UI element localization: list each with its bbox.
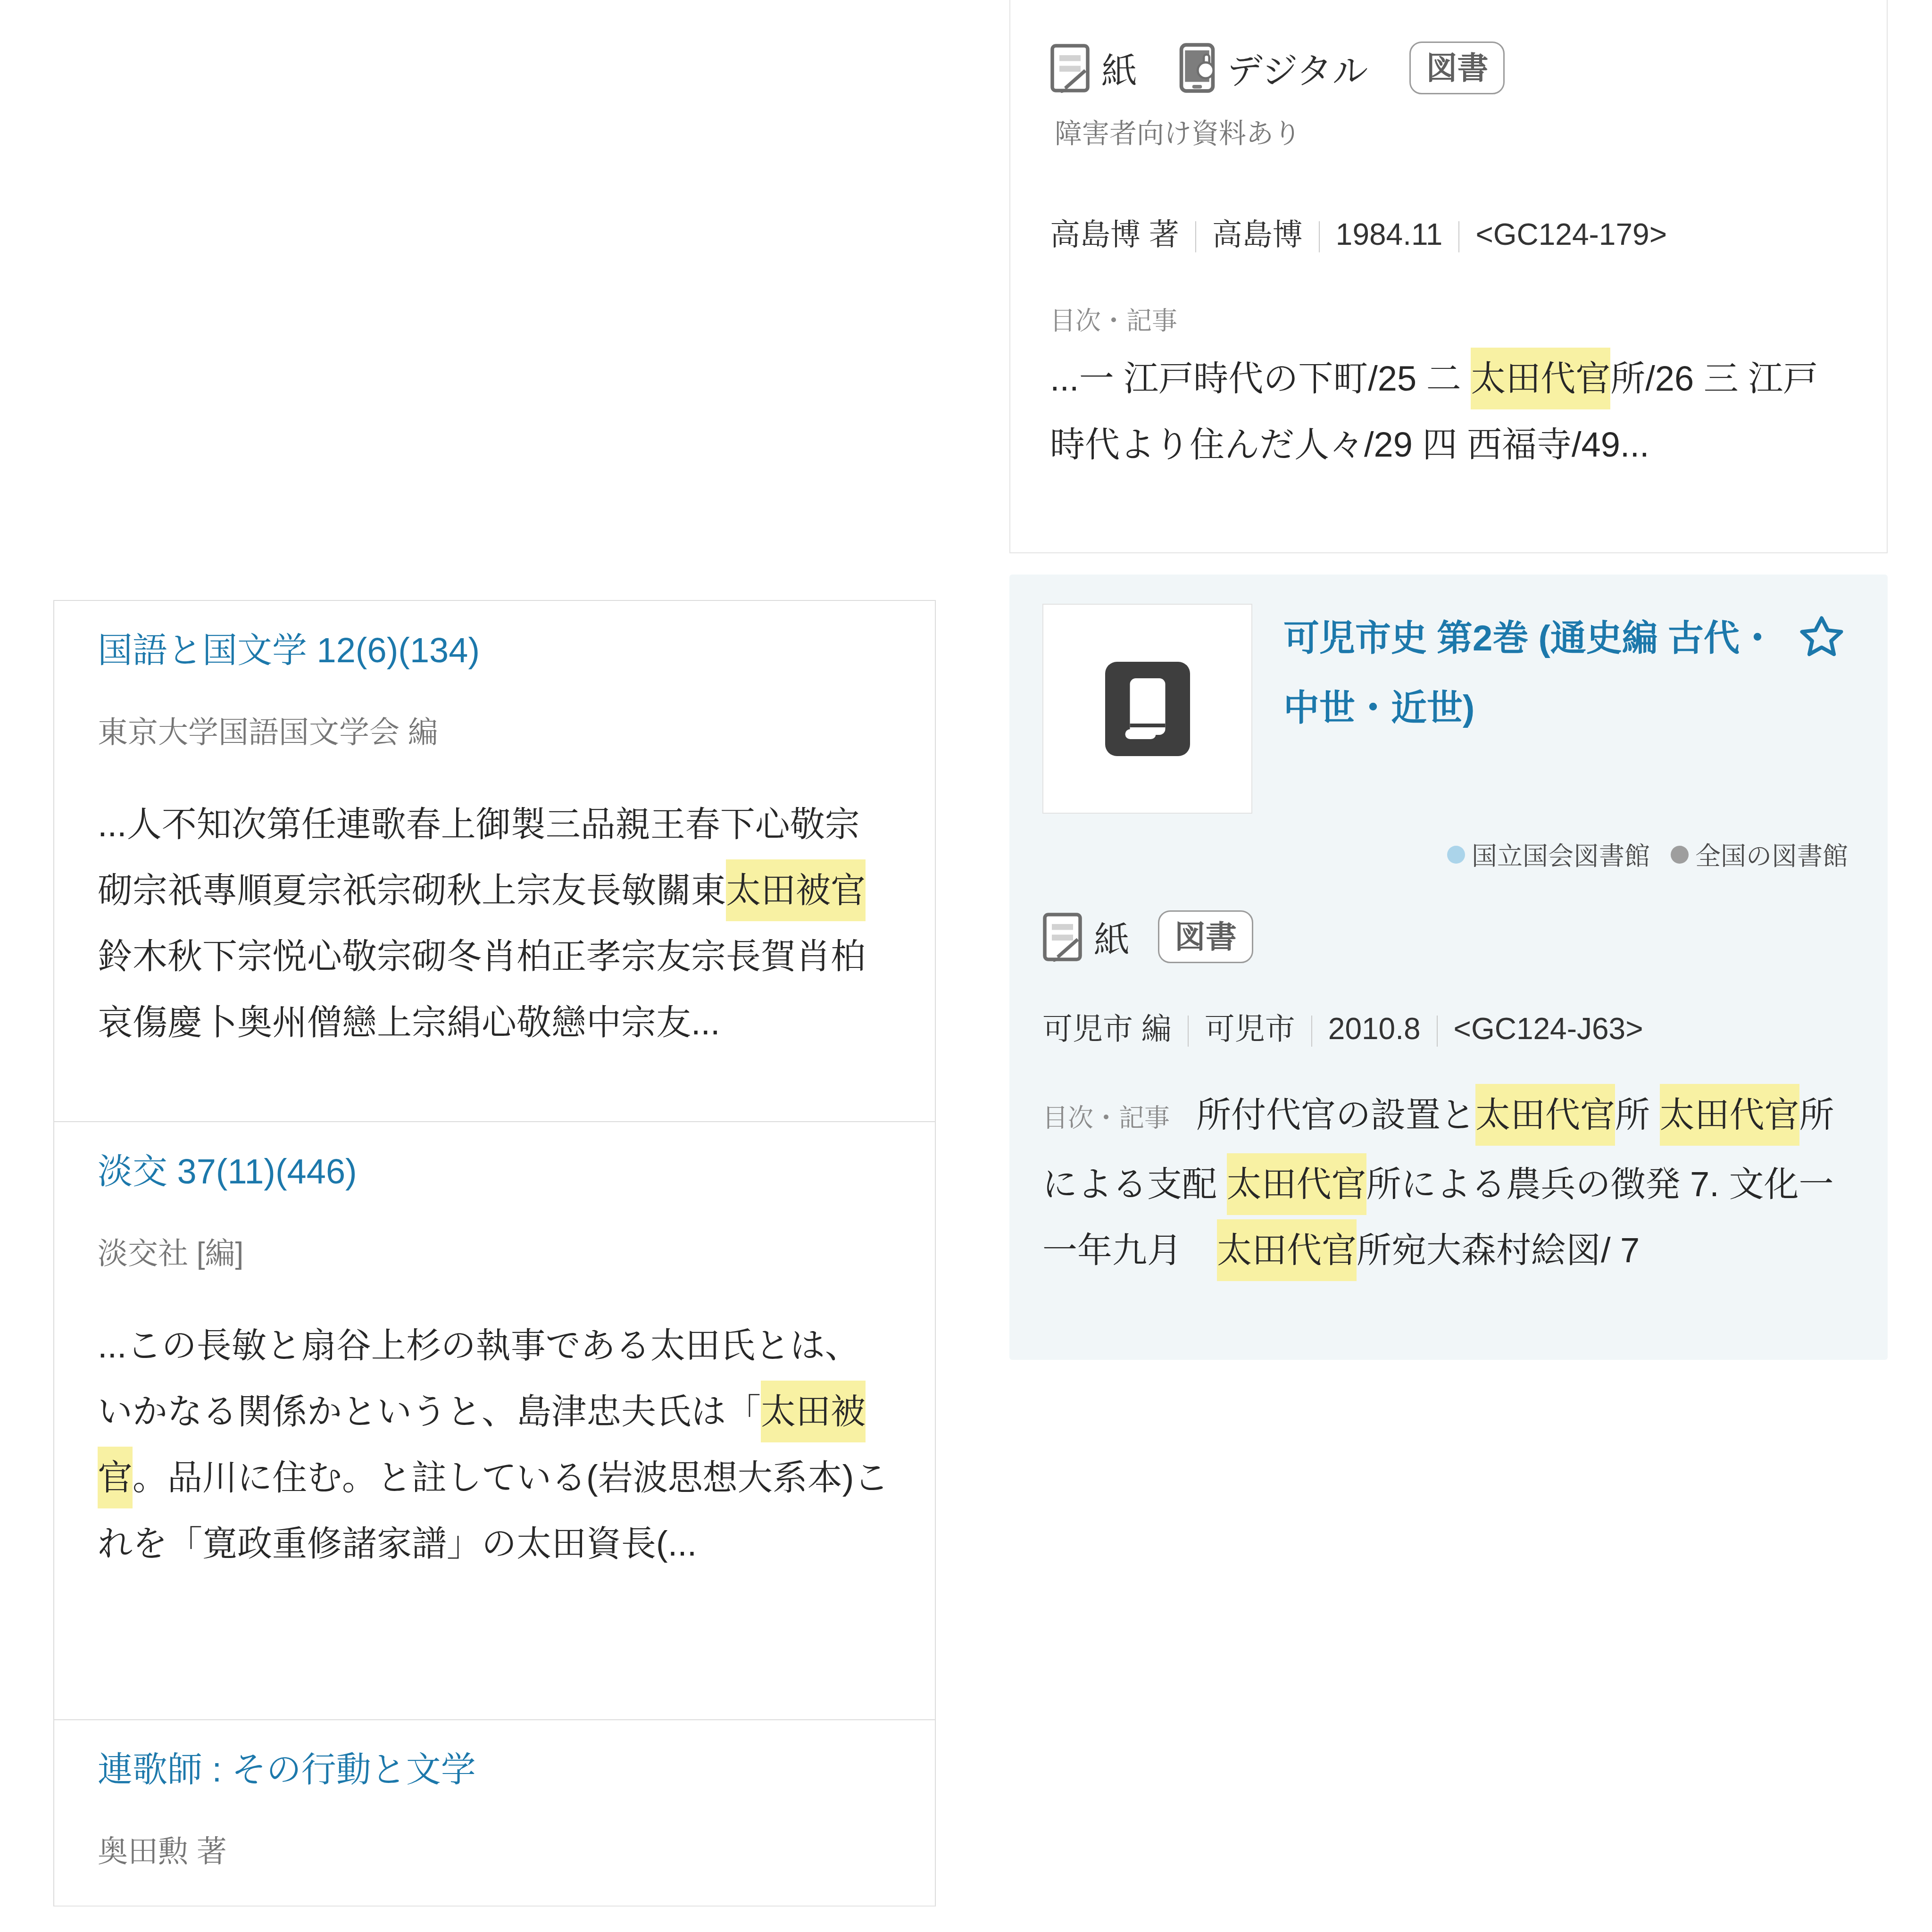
- meta-segment: 可児市 編: [1042, 1012, 1172, 1046]
- result-author: 奥田勲 著: [98, 1832, 891, 1870]
- toc-snippet: 目次・記事所付代官の設置と太田代官所 太田代官所による支配 太田代官所による農兵…: [1042, 1082, 1848, 1283]
- holdings-legend-label: 国立国会図書館: [1472, 836, 1650, 873]
- meta-segment: <GC124-179>: [1475, 217, 1667, 251]
- meta-segment: 2010.8: [1328, 1012, 1421, 1046]
- result-title-link[interactable]: 淡交 37(11)(446): [98, 1148, 357, 1196]
- article-results-list: 国語と国文学 12(6)(134) 東京大学国語国文学会 編 ...人不知次第任…: [53, 600, 936, 1907]
- result-author: 東京大学国語国文学会 編: [98, 713, 891, 751]
- book-results-column: 紙 デジタル 図書 障害者向け資料あり 高島博 著高島博1984.11<GC12…: [1009, 0, 1888, 1360]
- smartphone-icon: [1179, 42, 1216, 93]
- meta-separator: [1437, 1016, 1438, 1047]
- formats-row: 紙 図書: [1042, 910, 1848, 963]
- material-type-badge: 図書: [1409, 42, 1505, 94]
- format-label: 紙: [1101, 42, 1137, 94]
- result-title-link[interactable]: 国語と国文学 12(6)(134): [98, 626, 480, 675]
- snippet-text: 鈴木秋下宗悦心敬宗砌冬肖柏正孝宗友宗長賀肖柏哀傷慶卜奥州僧戀上宗絹心敬戀中宗友.…: [98, 937, 866, 1042]
- article-result-item: 国語と国文学 12(6)(134) 東京大学国語国文学会 編 ...人不知次第任…: [54, 600, 935, 1121]
- toc-label: 目次・記事: [1050, 301, 1849, 337]
- holdings-legend: 国立国会図書館 全国の図書館: [1042, 836, 1848, 873]
- meta-separator: [1188, 1016, 1189, 1047]
- result-snippet: ...この長敏と扇谷上杉の執事である太田氏とは、いかなる関係かというと、島津忠夫…: [98, 1313, 891, 1577]
- result-author: 淡交社 [編]: [98, 1234, 891, 1272]
- toc-snippet: ...一 江戸時代の下町/25 二 太田代官所/26 三 江戸時代より住んだ人々…: [1050, 346, 1849, 478]
- meta-segment: 高島博: [1212, 217, 1303, 251]
- highlighted-term: 太田代官: [1227, 1153, 1366, 1215]
- book-result-card-2: 可児市史 第2巻 (通史編 古代・中世・近世) 国立国会図書館 全国の図書館: [1009, 575, 1888, 1360]
- book-result-card-1: 紙 デジタル 図書 障害者向け資料あり 高島博 著高島博1984.11<GC12…: [1009, 0, 1888, 553]
- meta-separator: [1458, 221, 1459, 252]
- format-item: 紙: [1050, 42, 1137, 94]
- accessibility-note: 障害者向け資料あり: [1050, 115, 1849, 153]
- result-title-link[interactable]: 連歌師 : その行動と文学: [98, 1746, 476, 1794]
- meta-segment: 可児市: [1205, 1012, 1295, 1046]
- formats-row: 紙 デジタル 図書: [1050, 42, 1849, 94]
- search-results-page: 国語と国文学 12(6)(134) 東京大学国語国文学会 編 ...人不知次第任…: [0, 0, 1932, 1932]
- meta-segment: 1984.11: [1336, 217, 1443, 251]
- snippet-text: 所付代官の設置と: [1196, 1095, 1475, 1134]
- meta-separator: [1195, 221, 1196, 252]
- format-label: 紙: [1094, 911, 1130, 963]
- meta-separator: [1319, 221, 1320, 252]
- meta-segment: 高島博 著: [1050, 217, 1179, 251]
- snippet-text: 所: [1615, 1095, 1660, 1134]
- highlighted-term: 太田代官: [1217, 1219, 1357, 1281]
- material-type-badge: 図書: [1158, 910, 1253, 963]
- paper-icon: [1050, 43, 1090, 93]
- result-snippet: ...人不知次第任連歌春上御製三品親王春下心敬宗砌宗祇專順夏宗祇宗砌秋上宗友長敏…: [98, 791, 891, 1056]
- holdings-dot-icon: [1671, 846, 1689, 864]
- snippet-text: ...一 江戸時代の下町/25 二: [1050, 359, 1471, 398]
- book-thumbnail[interactable]: [1042, 604, 1252, 814]
- format-label: デジタル: [1227, 42, 1368, 94]
- format-item: デジタル: [1179, 42, 1368, 94]
- highlighted-term: 太田代官: [1475, 1084, 1615, 1146]
- meta-segment: <GC124-J63>: [1454, 1012, 1643, 1046]
- highlighted-term: 太田被官: [726, 859, 866, 921]
- article-result-item: 淡交 37(11)(446) 淡交社 [編] ...この長敏と扇谷上杉の執事であ…: [54, 1121, 935, 1719]
- snippet-text: 所宛大森村絵図/ 7: [1357, 1231, 1640, 1270]
- paper-icon: [1042, 912, 1083, 962]
- highlighted-term: 太田代官: [1471, 348, 1610, 409]
- toc-label: 目次・記事: [1042, 1104, 1170, 1133]
- book-icon: [1105, 662, 1190, 756]
- holdings-legend-label: 全国の図書館: [1695, 836, 1848, 873]
- meta-separator: [1311, 1016, 1312, 1047]
- star-icon: [1795, 611, 1848, 664]
- bibliographic-meta-row: 高島博 著高島博1984.11<GC124-179>: [1050, 194, 1701, 275]
- format-item: 紙: [1042, 911, 1130, 963]
- highlighted-term: 太田代官: [1660, 1084, 1799, 1146]
- snippet-text: ...この長敏と扇谷上杉の執事である太田氏とは、いかなる関係かというと、島津忠夫…: [98, 1326, 860, 1431]
- card-header: 可児市史 第2巻 (通史編 古代・中世・近世): [1042, 604, 1848, 814]
- result-title-link[interactable]: 可児市史 第2巻 (通史編 古代・中世・近世): [1283, 604, 1783, 743]
- holdings-dot-icon: [1447, 846, 1465, 864]
- bibliographic-meta-row: 可児市 編可児市2010.8<GC124-J63>: [1042, 1005, 1848, 1048]
- favorite-button[interactable]: [1795, 611, 1848, 666]
- holdings-legend-item: 国立国会図書館: [1447, 836, 1650, 873]
- article-result-item: 連歌師 : その行動と文学 奥田勲 著: [54, 1719, 935, 1906]
- snippet-text: 。品川に住む。と註している(岩波思想大系本)これを「寛政重修諸家譜」の太田資長(…: [98, 1458, 889, 1563]
- holdings-legend-item: 全国の図書館: [1671, 836, 1848, 873]
